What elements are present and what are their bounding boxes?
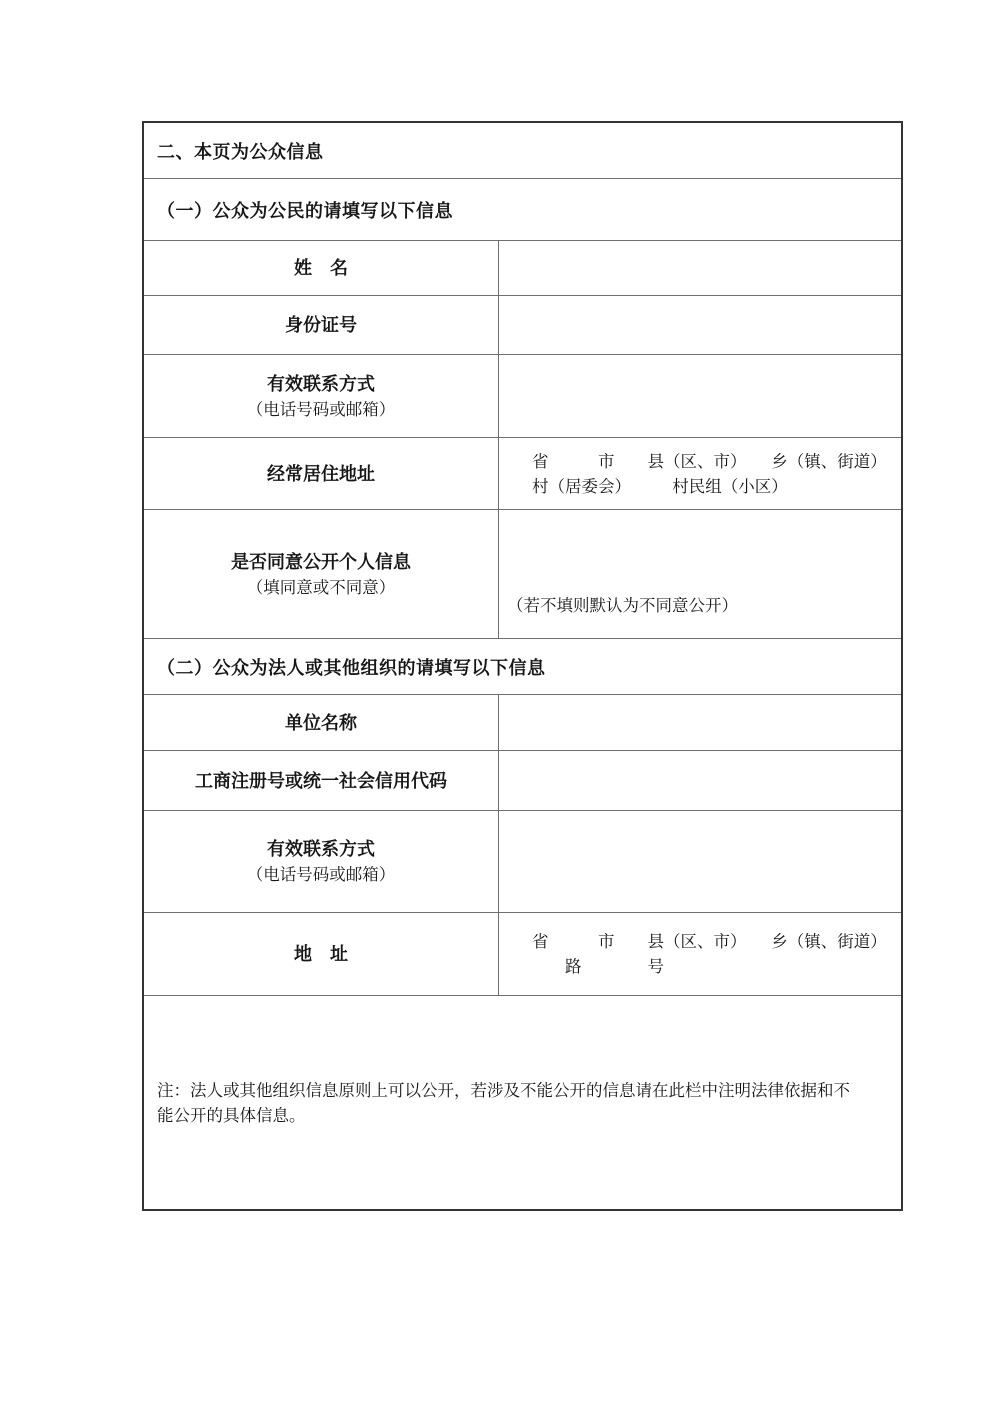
org-name-input-cell[interactable] bbox=[499, 695, 901, 750]
name-label: 姓 名 bbox=[294, 255, 348, 281]
contact-sublabel: （电话号码或邮箱） bbox=[247, 397, 396, 422]
name-row: 姓 名 bbox=[144, 240, 901, 295]
legal-basis-note: 注：法人或其他组织信息原则上可以公开，若涉及不能公开的信息请在此栏中注明法律依据… bbox=[157, 1078, 850, 1128]
residence-address-template-line2: 村（居委会） 村民组（小区） bbox=[532, 474, 895, 499]
consent-row: 是否同意公开个人信息 （填同意或不同意） （若不填则默认为不同意公开） bbox=[144, 509, 901, 638]
consent-input-cell[interactable]: （若不填则默认为不同意公开） bbox=[499, 510, 901, 638]
contact-input-cell[interactable] bbox=[499, 355, 901, 437]
credit-code-row: 工商注册号或统一社会信用代码 bbox=[144, 750, 901, 810]
form-header: 二、本页为公众信息 bbox=[144, 123, 901, 178]
document-page: { "form": { "header": "二、本页为公众信息", "s1":… bbox=[0, 0, 1000, 1414]
org-address-template-line2: 路 号 bbox=[532, 954, 895, 979]
consent-label: 是否同意公开个人信息 bbox=[231, 549, 411, 575]
credit-code-input-cell[interactable] bbox=[499, 751, 901, 810]
org-contact-row: 有效联系方式 （电话号码或邮箱） bbox=[144, 810, 901, 912]
org-contact-input-cell[interactable] bbox=[499, 811, 901, 912]
id-number-row: 身份证号 bbox=[144, 295, 901, 354]
section1-title: （一）公众为公民的请填写以下信息 bbox=[144, 179, 901, 240]
residence-address-input-cell[interactable]: 省 市 县（区、市） 乡（镇、街道） 村（居委会） 村民组（小区） bbox=[499, 438, 901, 509]
org-address-input-cell[interactable]: 省 市 县（区、市） 乡（镇、街道） 路 号 bbox=[499, 913, 901, 995]
org-contact-sublabel: （电话号码或邮箱） bbox=[247, 862, 396, 887]
id-number-label-cell: 身份证号 bbox=[144, 296, 499, 354]
legal-basis-note-row: 注：法人或其他组织信息原则上可以公开，若涉及不能公开的信息请在此栏中注明法律依据… bbox=[144, 995, 901, 1209]
consent-label-cell: 是否同意公开个人信息 （填同意或不同意） bbox=[144, 510, 499, 638]
credit-code-label-cell: 工商注册号或统一社会信用代码 bbox=[144, 751, 499, 810]
org-contact-label: 有效联系方式 bbox=[267, 836, 375, 862]
residence-address-row: 经常居住地址 省 市 县（区、市） 乡（镇、街道） 村（居委会） 村民组（小区） bbox=[144, 437, 901, 509]
public-info-form-table: 二、本页为公众信息 （一）公众为公民的请填写以下信息 姓 名 身份证号 有效联系… bbox=[142, 121, 903, 1211]
form-header-row: 二、本页为公众信息 bbox=[144, 123, 901, 178]
consent-sublabel: （填同意或不同意） bbox=[247, 575, 396, 600]
org-name-label-cell: 单位名称 bbox=[144, 695, 499, 750]
org-address-label-cell: 地 址 bbox=[144, 913, 499, 995]
contact-label: 有效联系方式 bbox=[267, 371, 375, 397]
id-number-input-cell[interactable] bbox=[499, 296, 901, 354]
residence-address-label-cell: 经常居住地址 bbox=[144, 438, 499, 509]
name-label-cell: 姓 名 bbox=[144, 241, 499, 295]
org-address-row: 地 址 省 市 县（区、市） 乡（镇、街道） 路 号 bbox=[144, 912, 901, 995]
consent-default-note: （若不填则默认为不同意公开） bbox=[507, 593, 738, 618]
section2-title-row: （二）公众为法人或其他组织的请填写以下信息 bbox=[144, 638, 901, 694]
org-contact-label-cell: 有效联系方式 （电话号码或邮箱） bbox=[144, 811, 499, 912]
name-input-cell[interactable] bbox=[499, 241, 901, 295]
org-name-label: 单位名称 bbox=[285, 710, 357, 736]
org-address-label: 地 址 bbox=[294, 941, 348, 967]
contact-label-cell: 有效联系方式 （电话号码或邮箱） bbox=[144, 355, 499, 437]
org-name-row: 单位名称 bbox=[144, 694, 901, 750]
id-number-label: 身份证号 bbox=[285, 312, 357, 338]
contact-row: 有效联系方式 （电话号码或邮箱） bbox=[144, 354, 901, 437]
residence-address-label: 经常居住地址 bbox=[267, 461, 375, 487]
residence-address-template-line1: 省 市 县（区、市） 乡（镇、街道） bbox=[532, 449, 895, 474]
legal-basis-input-cell[interactable]: 注：法人或其他组织信息原则上可以公开，若涉及不能公开的信息请在此栏中注明法律依据… bbox=[144, 996, 901, 1209]
org-address-template-line1: 省 市 县（区、市） 乡（镇、街道） bbox=[532, 929, 895, 954]
section2-title: （二）公众为法人或其他组织的请填写以下信息 bbox=[144, 639, 901, 694]
credit-code-label: 工商注册号或统一社会信用代码 bbox=[195, 768, 447, 794]
section1-title-row: （一）公众为公民的请填写以下信息 bbox=[144, 178, 901, 240]
